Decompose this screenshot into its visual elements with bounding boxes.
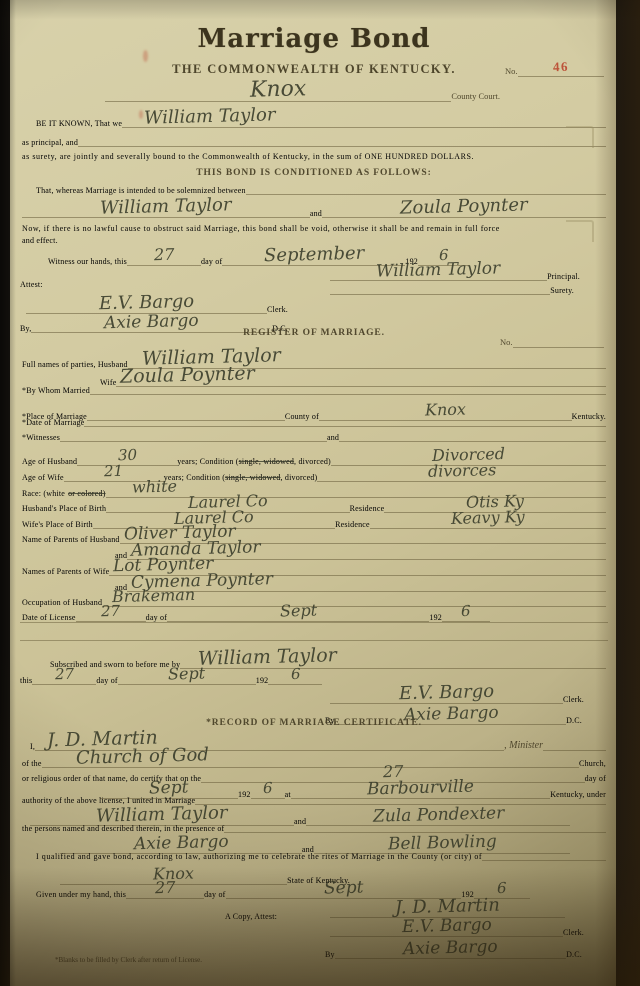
wife-condition-handwriting: divorces bbox=[427, 462, 496, 479]
surety-line-row: Surety. bbox=[330, 286, 574, 295]
attest-label: Attest: bbox=[20, 280, 43, 289]
county-name-handwriting: Knox bbox=[250, 79, 307, 101]
blank-line: 6 bbox=[442, 603, 490, 622]
sworn-name-handwriting: William Taylor bbox=[198, 646, 337, 668]
blank-line: E.V. Bargo bbox=[26, 294, 267, 314]
certificate-heading: *RECORD OF MARRIAGE CERTIFICATE. bbox=[206, 718, 422, 729]
cert-bride-handwriting: Zula Pondexter bbox=[372, 805, 504, 825]
red-ink-smudge bbox=[143, 50, 148, 62]
sworn-year-suffix: 6 bbox=[290, 667, 300, 681]
final-clerk-signature: E.V. Bargo bbox=[401, 917, 491, 935]
principal-name-handwriting: William Taylor bbox=[144, 106, 276, 127]
blank-line bbox=[330, 294, 550, 295]
given-month-handwriting: Sept bbox=[324, 879, 364, 896]
principal-label: Principal. bbox=[547, 272, 580, 281]
void-clause-row1: Now, if there is no lawful cause to obst… bbox=[22, 224, 606, 233]
county-court-label: County Court. bbox=[451, 92, 500, 102]
couple-names-row: William Taylor and Zoula Poynter bbox=[22, 198, 606, 218]
footnote-row: *Blanks to be filled by Clerk after retu… bbox=[55, 956, 606, 964]
given-day-handwriting: 27 bbox=[155, 880, 176, 896]
blank-line: 46 bbox=[518, 58, 604, 77]
day-of-label: day of bbox=[201, 257, 222, 266]
register-wife-name: Zoula Poynter bbox=[120, 364, 255, 386]
separator-rule bbox=[20, 640, 608, 641]
conditioned-heading-row: THIS BOND IS CONDITIONED AS FOLLOWS: bbox=[22, 168, 606, 179]
sworn-clerk-label: Clerk. bbox=[563, 695, 584, 704]
void-clause-line1: Now, if there is no lawful cause to obst… bbox=[22, 224, 500, 233]
blank-line: 6 bbox=[268, 666, 322, 685]
be-it-known-label: BE IT KNOWN, That we bbox=[36, 119, 122, 128]
bride-name-handwriting: Zoula Poynter bbox=[400, 196, 528, 216]
surety-clause-row: as surety, are jointly and severally bou… bbox=[22, 152, 606, 161]
witnesses-and-label: and bbox=[327, 433, 339, 442]
as-principal-label: as principal, and bbox=[22, 138, 78, 147]
given-year-suffix: 6 bbox=[497, 881, 507, 895]
sworn-day-handwriting: 27 bbox=[55, 667, 74, 682]
sworn-day-of-label: day of bbox=[96, 676, 117, 685]
copy-attest-row: A Copy, Attest: bbox=[225, 912, 340, 921]
age-husband-value: 30 bbox=[118, 448, 137, 463]
minister-signature: J. D. Martin bbox=[395, 897, 500, 917]
sworn-clerk-row: E.V. Bargo Clerk. bbox=[330, 684, 584, 704]
clerk-signature: E.V. Bargo bbox=[99, 293, 195, 313]
witnesses-row: *Witnesses and bbox=[22, 433, 606, 442]
fastener-impression bbox=[566, 220, 594, 242]
license-year-prefix: 192 bbox=[429, 613, 442, 622]
blank-line bbox=[339, 441, 606, 442]
blank-line: Zoula Poynter bbox=[116, 366, 606, 387]
register-no-row: No. bbox=[500, 338, 604, 348]
by-whom-row: *By Whom Married bbox=[22, 386, 606, 395]
blank-line bbox=[90, 394, 606, 395]
copy-attest-label: A Copy, Attest: bbox=[225, 912, 277, 921]
blank-line bbox=[195, 804, 606, 805]
groom-name-handwriting: William Taylor bbox=[100, 196, 232, 217]
wife-name-row: Wife Zoula Poynter bbox=[100, 366, 606, 387]
red-ink-smudge bbox=[139, 110, 143, 119]
cert-month-handwriting: Sept bbox=[149, 779, 189, 796]
footnote-text: *Blanks to be filled by Clerk after retu… bbox=[55, 956, 202, 964]
principal-signature: William Taylor bbox=[376, 260, 501, 279]
blank-line: 27 bbox=[126, 880, 204, 899]
blank-line: Knox bbox=[105, 80, 451, 102]
blank-line: William Taylor bbox=[330, 262, 547, 281]
blank-line: E.V. Bargo bbox=[330, 918, 563, 937]
blank-line: William Taylor bbox=[22, 198, 310, 218]
final-clerk-row: E.V. Bargo Clerk. bbox=[330, 918, 584, 937]
husband-parents-label: Name of Parents of Husband bbox=[22, 535, 120, 544]
and-label: and bbox=[310, 209, 322, 218]
qualified-clause-text: I qualified and gave bond, according to … bbox=[36, 852, 482, 861]
final-clerk-label: Clerk. bbox=[563, 928, 584, 937]
blank-line: Zoula Poynter bbox=[322, 198, 606, 218]
whereas-label: That, whereas Marriage is intended to be… bbox=[36, 186, 246, 195]
conditioned-heading: THIS BOND IS CONDITIONED AS FOLLOWS: bbox=[196, 168, 431, 179]
void-clause-line2: and effect. bbox=[22, 236, 58, 245]
sworn-year-prefix: 192 bbox=[256, 676, 269, 685]
blank-line bbox=[60, 441, 327, 442]
sworn-month-handwriting: Sept bbox=[168, 666, 205, 682]
wife-residence-handwriting: Keavy Ky bbox=[451, 509, 525, 526]
blank-line: William Taylor bbox=[122, 108, 606, 128]
this-label: this bbox=[20, 676, 32, 685]
license-day-of-label: day of bbox=[146, 613, 167, 622]
blank-line bbox=[482, 860, 606, 861]
final-deputy-signature: Axie Bargo bbox=[403, 939, 498, 958]
cert-day-handwriting: 27 bbox=[382, 764, 403, 780]
license-month-handwriting: Sept bbox=[279, 603, 316, 619]
be-it-known-row: BE IT KNOWN, That we William Taylor bbox=[36, 108, 606, 128]
blank-line: 27 bbox=[127, 247, 201, 266]
cert-year-suffix: 6 bbox=[263, 781, 273, 795]
qualified-clause-row: I qualified and gave bond, according to … bbox=[36, 852, 606, 861]
bond-number-row: No. 46 bbox=[505, 58, 604, 77]
surety-clause-text: as surety, are jointly and severally bou… bbox=[22, 152, 474, 161]
separator-rule bbox=[20, 622, 608, 623]
clerk-label: Clerk. bbox=[267, 305, 288, 314]
witness-day-handwriting: 27 bbox=[154, 247, 175, 263]
commonwealth-heading: THE COMMONWEALTH OF KENTUCKY. bbox=[172, 62, 456, 77]
blank-line: William Taylor bbox=[30, 806, 294, 826]
blank-line: E.V. Bargo bbox=[330, 684, 563, 704]
cert-groom-handwriting: William Taylor bbox=[96, 804, 228, 825]
given-day-of-label: day of bbox=[204, 890, 225, 899]
blank-line: Sept bbox=[118, 666, 256, 685]
number-label: No. bbox=[505, 67, 518, 77]
scanned-document-photo: Marriage Bond THE COMMONWEALTH OF KENTUC… bbox=[0, 0, 640, 986]
witnesses-label: *Witnesses bbox=[22, 433, 60, 442]
blank-line bbox=[246, 194, 606, 195]
document-title-row: Marriage Bond bbox=[22, 24, 606, 54]
race-value-handwriting: white bbox=[131, 478, 176, 494]
sworn-clerk-signature: E.V. Bargo bbox=[399, 683, 495, 703]
license-label: Date of License bbox=[22, 613, 76, 622]
occupation-handwriting: Brakeman bbox=[112, 587, 195, 604]
date-of-marriage-row: *Date of Marriage bbox=[22, 418, 606, 427]
presence-clause-row: the persons named and described therein,… bbox=[22, 824, 606, 833]
cert-witness-one-handwriting: Axie Bargo bbox=[133, 834, 228, 853]
fastener-impression bbox=[566, 126, 594, 148]
witness-hands-label: Witness our hands, this bbox=[48, 257, 127, 266]
cert-couple-row: William Taylor and Zula Pondexter bbox=[30, 806, 570, 826]
cert-witness-two-handwriting: Bell Bowling bbox=[387, 834, 496, 853]
blank-line bbox=[84, 426, 606, 427]
principal-signature-row: William Taylor Principal. bbox=[330, 262, 580, 281]
wife-parents-label: Names of Parents of Wife bbox=[22, 567, 109, 576]
age-wife-value: 21 bbox=[104, 464, 123, 479]
document-title: Marriage Bond bbox=[198, 24, 431, 54]
blank-line: Sept bbox=[167, 603, 429, 622]
blank-line: 27 bbox=[32, 666, 96, 685]
register-heading: REGISTER OF MARRIAGE. bbox=[243, 328, 385, 339]
as-principal-row: as principal, and bbox=[22, 138, 606, 147]
cert-place-handwriting: Barbourville bbox=[367, 779, 474, 798]
surety-label: Surety. bbox=[550, 286, 574, 295]
attest-row: Attest: bbox=[20, 280, 80, 289]
license-day-handwriting: 27 bbox=[101, 604, 120, 619]
license-year-suffix: 6 bbox=[461, 604, 471, 618]
bond-number-stamp: 46 bbox=[553, 61, 569, 74]
register-no-label: No. bbox=[500, 338, 513, 348]
by-whom-label: *By Whom Married bbox=[22, 386, 90, 395]
authority-clause-row: authority of the above license, I united… bbox=[22, 796, 606, 805]
register-county-handwriting: Knox bbox=[425, 401, 466, 417]
blank-line: 27 bbox=[76, 603, 146, 622]
blank-line bbox=[78, 146, 606, 147]
license-date-row: Date of License 27 day of Sept 192 6 bbox=[22, 603, 490, 622]
county-court-row: Knox County Court. bbox=[105, 80, 500, 102]
date-of-marriage-label: *Date of Marriage bbox=[22, 418, 84, 427]
given-label: Given under my hand, this bbox=[36, 890, 126, 899]
